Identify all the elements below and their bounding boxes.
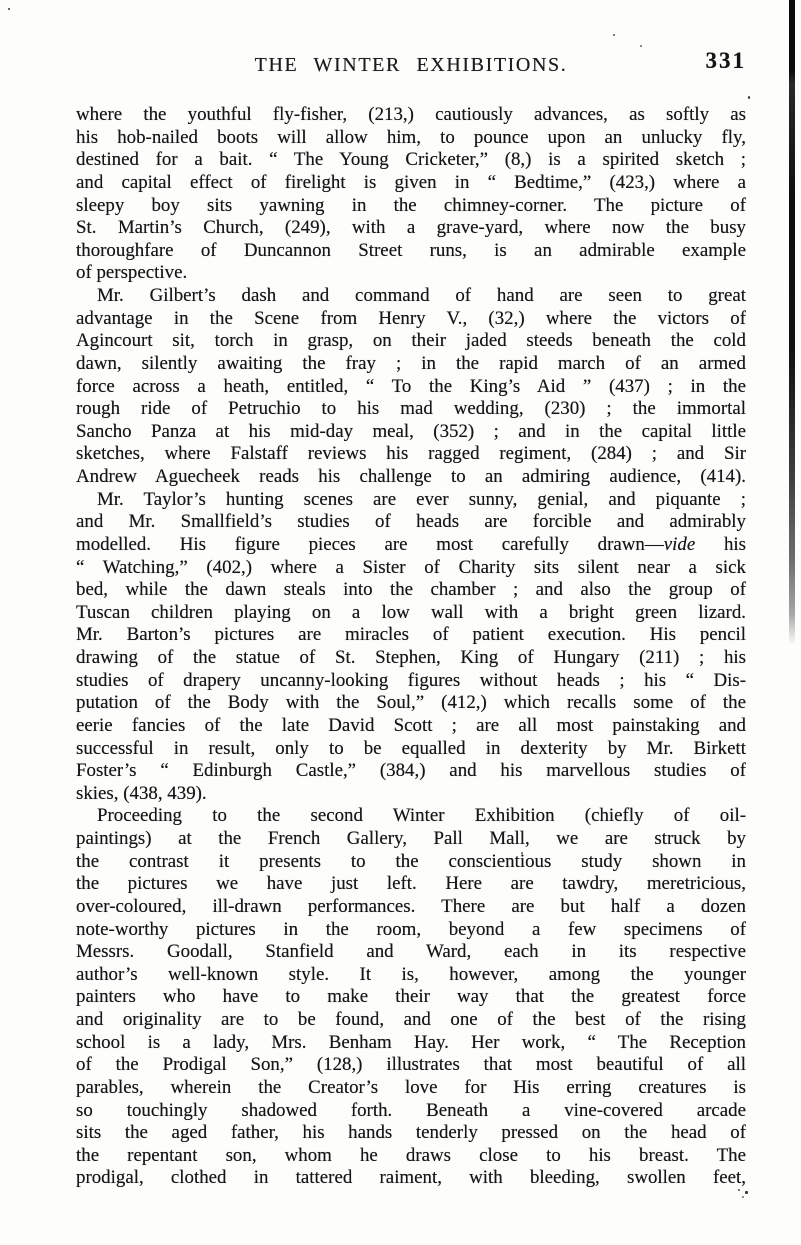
text-line: sketches, where Falstaff reviews his rag… [76,443,746,466]
text-line: skies, (438, 439). [76,783,746,806]
text-line: modelled. His figure pieces are most car… [76,534,746,557]
text-line: rough ride of Petruchio to his mad weddi… [76,398,746,421]
text-line: paintings) at the French Gallery, Pall M… [76,828,746,851]
text-line: St. Martin’s Church, (249), with a grave… [76,217,746,240]
scan-speck [640,45,642,47]
page-header: THE WINTER EXHIBITIONS. 331 [76,54,746,84]
scanned-page: THE WINTER EXHIBITIONS. 331 where the yo… [0,0,801,1245]
scan-speck [742,1196,744,1198]
text-line: parables, wherein the Creator’s love for… [76,1077,746,1100]
page-number: 331 [706,48,747,74]
text-block: where the youthful fly-fisher, (213,) ca… [76,104,746,1190]
text-line: the contrast it presents to the conscien… [76,851,746,874]
text-line: his hob-nailed boots will allow him, to … [76,127,746,150]
scan-speck [745,1191,748,1194]
text-line: over-coloured, ill-drawn performances. T… [76,896,746,919]
paragraph: Proceeding to the second Winter Exhibiti… [76,805,746,1190]
text-line: the repentant son, whom he draws close t… [76,1145,746,1168]
text-line: force across a heath, entitled, “ To the… [76,376,746,399]
text-line: sleepy boy sits yawning in the chimney-c… [76,195,746,218]
text-line: Messrs. Goodall, Stanfield and Ward, eac… [76,941,746,964]
paragraph: Mr. Gilbert’s dash and command of hand a… [76,285,746,489]
text-line: Sancho Panza at his mid-day meal, (352) … [76,421,746,444]
text-line: “ Watching,” (402,) where a Sister of Ch… [76,557,746,580]
text-line: the pictures we have just left. Here are… [76,873,746,896]
scan-speck [521,852,523,854]
text-line: Proceeding to the second Winter Exhibiti… [76,805,746,828]
text-line: sits the aged father, his hands tenderly… [76,1122,746,1145]
paragraph: where the youthful fly-fisher, (213,) ca… [76,104,746,285]
text-line: painters who have to make their way that… [76,986,746,1009]
text-line: and Mr. Smallfield’s studies of heads ar… [76,511,746,534]
scan-speck [738,1189,740,1191]
text-line: of perspective. [76,262,746,285]
text-line: Tuscan children playing on a low wall wi… [76,602,746,625]
text-line: and originality are to be found, and one… [76,1009,746,1032]
text-line: putation of the Body with the Soul,” (41… [76,692,746,715]
text-line: Foster’s “ Edinburgh Castle,” (384,) and… [76,760,746,783]
page-edge-shadow [789,0,795,645]
text-line: author’s well-known style. It is, howeve… [76,964,746,987]
text-line: Mr. Gilbert’s dash and command of hand a… [76,285,746,308]
text-line: Andrew Aguecheek reads his challenge to … [76,466,746,489]
text-line: Mr. Barton’s pictures are miracles of pa… [76,624,746,647]
text-line: school is a lady, Mrs. Benham Hay. Her w… [76,1032,746,1055]
text-line: note-worthy pictures in the room, beyond… [76,919,746,942]
text-line: bed, while the dawn steals into the cham… [76,579,746,602]
paragraph: Mr. Taylor’s hunting scenes are ever sun… [76,489,746,806]
text-line: dawn, silently awaiting the fray ; in th… [76,353,746,376]
text-line: Mr. Taylor’s hunting scenes are ever sun… [76,489,746,512]
text-line: where the youthful fly-fisher, (213,) ca… [76,104,746,127]
text-line: successful in result, only to be equalle… [76,738,746,761]
text-line: and capital effect of firelight is given… [76,172,746,195]
text-line: so touchingly shadowed forth. Beneath a … [76,1100,746,1123]
text-line: thoroughfare of Duncannon Street runs, i… [76,240,746,263]
text-line: advantage in the Scene from Henry V., (3… [76,308,746,331]
text-line: prodigal, clothed in tattered raiment, w… [76,1167,746,1190]
text-line: studies of drapery uncanny-looking figur… [76,670,746,693]
scan-speck [748,96,750,99]
text-line: of the Prodigal Son,” (128,) illustrates… [76,1054,746,1077]
scan-speck [613,34,615,36]
text-line: Agincourt sit, torch in grasp, on their … [76,330,746,353]
text-line: eerie fancies of the late David Scott ; … [76,715,746,738]
running-title: THE WINTER EXHIBITIONS. [76,54,746,77]
scan-speck [8,8,10,10]
text-line: drawing of the statue of St. Stephen, Ki… [76,647,746,670]
text-line: destined for a bait. “ The Young Cricket… [76,149,746,172]
